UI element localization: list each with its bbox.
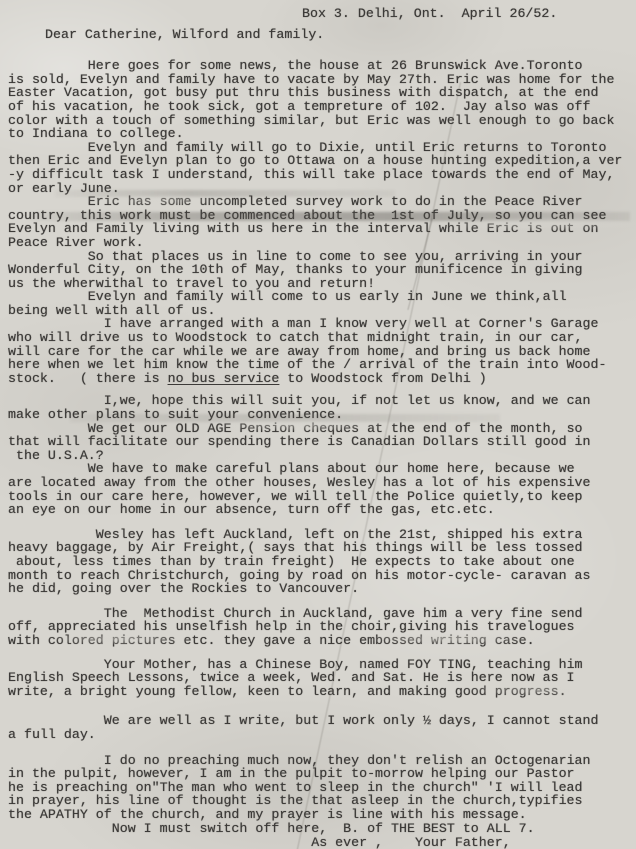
paragraph-peace-river: Eric has some uncompleted survey work to… [8,195,634,249]
bus-note-underlined: no bus service [168,371,280,386]
salutation: Dear Catherine, Wilford and family. [45,28,634,42]
paragraph-wesley-auckland: Wesley has left Auckland, left on the 21… [8,528,634,596]
paragraph-health: We are well as I write, but I work only … [8,714,634,741]
paragraph-june-visit: Evelyn and family will come to us early … [8,290,634,317]
paragraph-dixie-ottawa: Evelyn and family will go to Dixie, unti… [8,141,634,195]
paragraph-travel-arrangements: I have arranged with a man I know very w… [8,317,634,385]
dateline: Box 3. Delhi, Ont. April 26/52. [302,7,634,21]
paragraph-suit-you: I,we, hope this will suit you, if not le… [8,394,634,421]
paragraph-home-plans: We have to make careful plans about our … [8,462,634,516]
paragraph-pension: We get our OLD AGE Pension cheques at th… [8,422,634,463]
paragraph-visit-plans: So that places us in line to come to see… [8,250,634,291]
paragraph-chinese-boy: Your Mother, has a Chinese Boy, named FO… [8,658,634,699]
letter-page: Box 3. Delhi, Ont. April 26/52. Dear Cat… [0,0,636,849]
bus-note-post: to Woodstock from Delhi ) [279,371,486,386]
letter-body: Box 3. Delhi, Ont. April 26/52. Dear Cat… [0,0,636,849]
paragraph-closing-signoff: Now I must switch off here, B. of THE BE… [8,822,634,849]
paragraph-methodist-church: The Methodist Church in Auckland, gave h… [8,607,634,648]
paragraph-house-sold: Here goes for some news, the house at 26… [8,59,634,141]
paragraph-preaching: I do no preaching much now, they don't r… [8,754,634,822]
